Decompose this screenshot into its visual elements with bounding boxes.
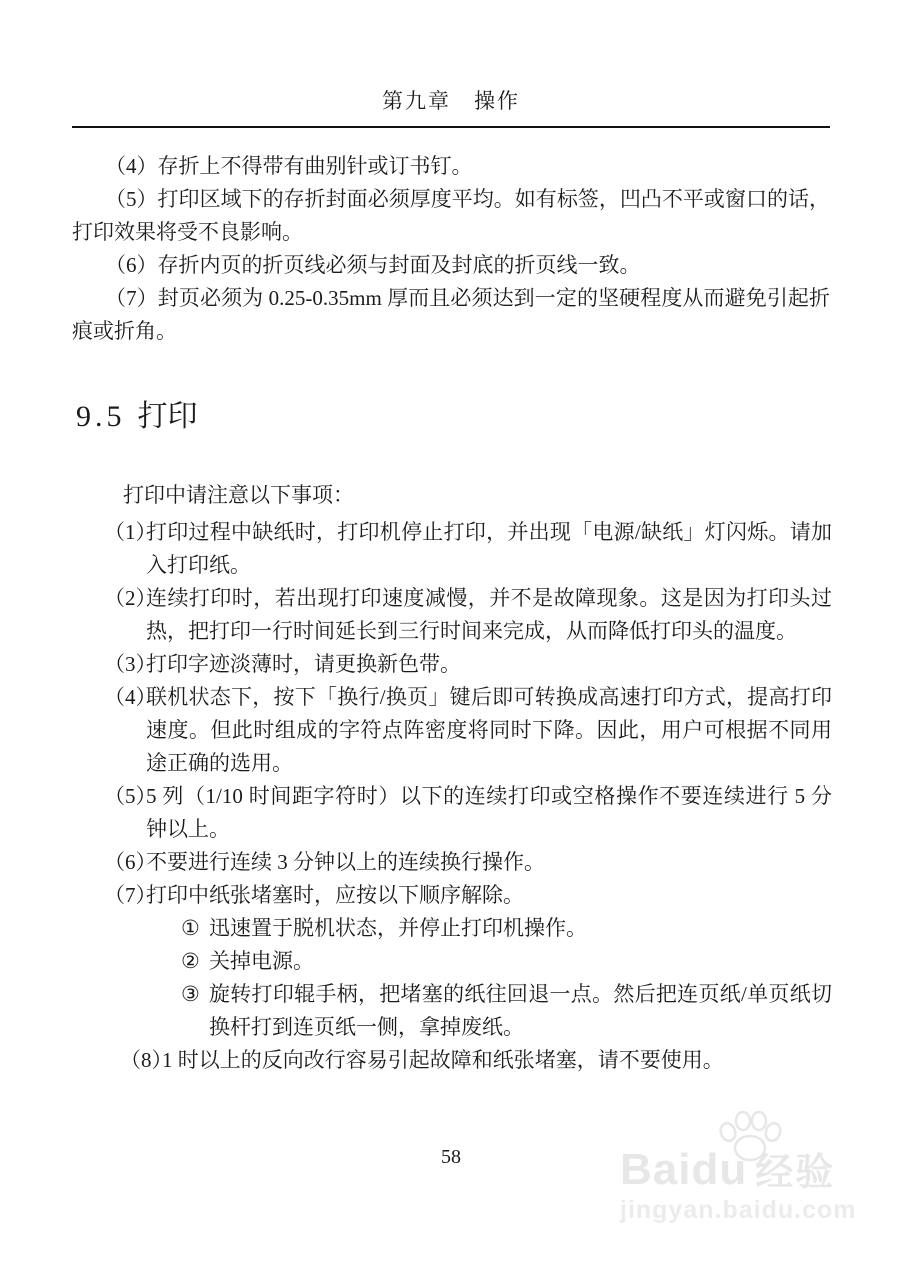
list-item: （7）打印中纸张堵塞时，应按以下顺序解除。 ①迅速置于脱机状态，并停止打印机操作… bbox=[104, 879, 832, 1044]
list-item: （3）打印字迹淡薄时，请更换新色带。 bbox=[104, 648, 832, 681]
item-marker: （7） bbox=[104, 879, 157, 912]
list-item: （5）5 列（1/10 时间距字符时）以下的连续打印或空格操作不要连续进行 5 … bbox=[104, 780, 832, 846]
note-paragraph: （7）封页必须为 0.25-0.35mm 厚而且必须达到一定的坚硬程度从而避免引… bbox=[72, 282, 830, 348]
substep-item: ①迅速置于脱机状态，并停止打印机操作。 bbox=[181, 912, 832, 945]
note-marker: （7） bbox=[105, 286, 158, 310]
item-text: 连续打印时，若出现打印速度减慢，并不是故障现象。这是因为打印头过热，把打印一行时… bbox=[146, 586, 832, 643]
baidu-watermark: Bai du 经验 jingyan.baidu.com bbox=[620, 1148, 892, 1225]
note-text: 封页必须为 0.25-0.35mm 厚而且必须达到一定的坚硬程度从而避免引起折痕… bbox=[72, 286, 830, 343]
paw-icon bbox=[716, 1110, 782, 1170]
note-paragraph: （5）打印区域下的存折封面必须厚度平均。如有标签，凹凸不平或窗口的话，打印效果将… bbox=[72, 183, 830, 249]
substep-text: 迅速置于脱机状态，并停止打印机操作。 bbox=[209, 916, 587, 940]
item-marker: （2） bbox=[104, 582, 157, 615]
watermark-url: jingyan.baidu.com bbox=[620, 1196, 892, 1225]
item-text: 打印字迹淡薄时，请更换新色带。 bbox=[146, 652, 461, 676]
notes-block: （4）存折上不得带有曲别针或订书钉。 （5）打印区域下的存折封面必须厚度平均。如… bbox=[72, 150, 830, 348]
chapter-header: 第九章 操作 bbox=[0, 0, 902, 113]
section-number: 9.5 bbox=[76, 400, 126, 433]
note-marker: （6） bbox=[105, 253, 158, 277]
manual-page: 第九章 操作 （4）存折上不得带有曲别针或订书钉。 （5）打印区域下的存折封面必… bbox=[0, 0, 902, 1280]
item-text: 打印过程中缺纸时，打印机停止打印，并出现「电源/缺纸」灯闪烁。请加入打印纸。 bbox=[146, 520, 832, 577]
item-text: 联机状态下，按下「换行/换页」键后即可转换成高速打印方式，提高打印速度。但此时组… bbox=[146, 685, 832, 775]
list-item: （2）连续打印时，若出现打印速度减慢，并不是故障现象。这是因为打印头过热，把打印… bbox=[104, 582, 832, 648]
substep-marker: ① bbox=[181, 912, 200, 945]
substep-item: ③旋转打印辊手柄，把堵塞的纸往回退一点。然后把连页纸/单页纸切换杆打到连页纸一侧… bbox=[181, 978, 832, 1044]
item-marker: （5） bbox=[104, 780, 157, 813]
note-marker: （4） bbox=[105, 154, 158, 178]
section-title-text: 打印 bbox=[138, 400, 198, 433]
item-marker: （3） bbox=[104, 648, 157, 681]
note-paragraph: （6）存折内页的折页线必须与封面及封底的折页线一致。 bbox=[72, 249, 830, 282]
item-text: 打印中纸张堵塞时，应按以下顺序解除。 bbox=[146, 883, 524, 907]
substep-marker: ③ bbox=[181, 978, 200, 1011]
substeps-block: ①迅速置于脱机状态，并停止打印机操作。 ②关掉电源。 ③旋转打印辊手柄，把堵塞的… bbox=[181, 912, 832, 1044]
header-divider bbox=[72, 126, 830, 128]
note-text: 打印区域下的存折封面必须厚度平均。如有标签，凹凸不平或窗口的话，打印效果将受不良… bbox=[72, 187, 830, 244]
note-text: 存折内页的折页线必须与封面及封底的折页线一致。 bbox=[158, 253, 641, 277]
item-marker: （6） bbox=[104, 846, 157, 879]
item-marker: （4） bbox=[104, 681, 157, 714]
substep-text: 旋转打印辊手柄，把堵塞的纸往回退一点。然后把连页纸/单页纸切换杆打到连页纸一侧，… bbox=[209, 982, 832, 1039]
substep-text: 关掉电源。 bbox=[209, 949, 314, 973]
item-text: 1 时以上的反向改行容易引起故障和纸张堵塞，请不要使用。 bbox=[162, 1048, 724, 1072]
note-paragraph: （4）存折上不得带有曲别针或订书钉。 bbox=[72, 150, 830, 183]
printing-notes-list: （1）打印过程中缺纸时，打印机停止打印，并出现「电源/缺纸」灯闪烁。请加入打印纸… bbox=[104, 516, 832, 1077]
list-item: （6）不要进行连续 3 分钟以上的连续换行操作。 bbox=[104, 846, 832, 879]
item-text: 不要进行连续 3 分钟以上的连续换行操作。 bbox=[146, 850, 545, 874]
substep-item: ②关掉电源。 bbox=[181, 945, 832, 978]
item-marker: （8） bbox=[120, 1044, 173, 1077]
section-intro: 打印中请注意以下事项： bbox=[123, 479, 830, 512]
item-marker: （1） bbox=[104, 516, 157, 549]
baidu-logo-text-left: Bai bbox=[620, 1148, 691, 1192]
section-heading: 9.5打印 bbox=[76, 400, 902, 433]
list-item: （8）1 时以上的反向改行容易引起故障和纸张堵塞，请不要使用。 bbox=[120, 1044, 832, 1077]
substep-marker: ② bbox=[181, 945, 200, 978]
list-item: （1）打印过程中缺纸时，打印机停止打印，并出现「电源/缺纸」灯闪烁。请加入打印纸… bbox=[104, 516, 832, 582]
note-text: 存折上不得带有曲别针或订书钉。 bbox=[158, 154, 473, 178]
list-item: （4）联机状态下，按下「换行/换页」键后即可转换成高速打印方式，提高打印速度。但… bbox=[104, 681, 832, 780]
note-marker: （5） bbox=[105, 187, 158, 211]
item-text: 5 列（1/10 时间距字符时）以下的连续打印或空格操作不要连续进行 5 分钟以… bbox=[146, 784, 832, 841]
baidu-logo: Bai du 经验 bbox=[620, 1148, 892, 1192]
